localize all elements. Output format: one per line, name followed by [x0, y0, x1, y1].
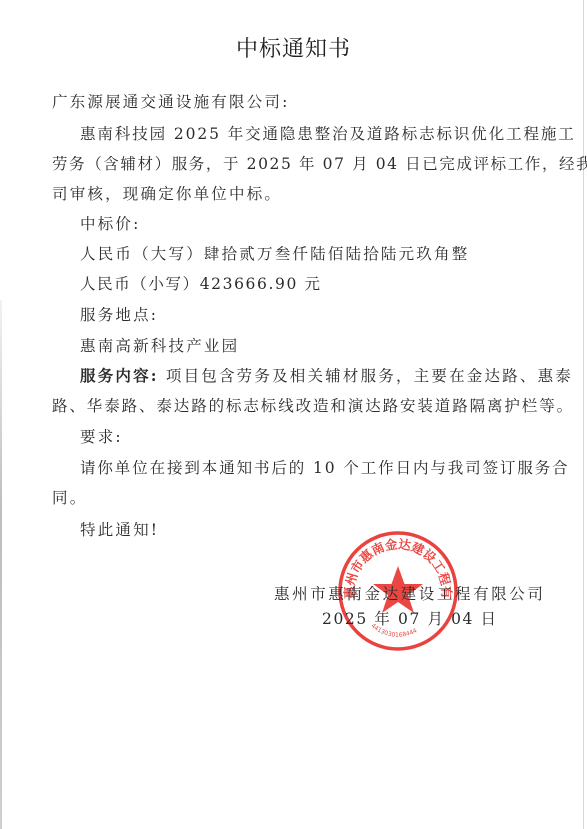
paragraph-line: 惠南科技园 2025 年交通隐患整治及道路标志标识优化工程施工 [80, 122, 576, 144]
signature-company: 惠州市惠南金达建设工程有限公司 [274, 582, 546, 604]
signature-date: 2025 年 07 月 04 日 [322, 607, 498, 629]
paragraph-line: 司审核，现确定你单位中标。 [52, 182, 282, 204]
location-value: 惠南高新科技产业园 [80, 334, 239, 356]
location-label: 服务地点: [80, 303, 158, 325]
scan-edge-left [0, 300, 2, 829]
recipient: 广东源展通交通设施有限公司: [52, 90, 290, 112]
price-upper: 人民币（大写）肆拾贰万叁仟陆佰陆拾陆元玖角整 [80, 242, 469, 264]
content-line: 服务内容: 项目包含劳务及相关辅材服务，主要在金达路、惠泰 [80, 364, 573, 386]
content-text: 项目包含劳务及相关辅材服务，主要在金达路、惠泰 [166, 367, 573, 385]
content-line-2: 路、华泰路、泰达路的标志标线改造和演达路安装道路隔离护栏等。 [52, 394, 574, 416]
requirement-line-2: 同。 [52, 486, 87, 508]
document-title: 中标通知书 [0, 32, 587, 63]
closing: 特此通知! [80, 518, 159, 540]
content-label: 服务内容: [80, 366, 159, 385]
requirement-line: 请你单位在接到本通知书后的 10 个工作日内与我司签订服务合 [80, 456, 570, 478]
scan-edge-right [583, 0, 584, 829]
price-lower: 人民币（小写）423666.90 元 [80, 272, 322, 294]
price-label: 中标价: [80, 212, 141, 234]
requirement-label: 要求: [80, 425, 123, 447]
document-page: 中标通知书 广东源展通交通设施有限公司: 惠南科技园 2025 年交通隐患整治及… [0, 0, 587, 829]
paragraph-line: 劳务（含辅材）服务，于 2025 年 07 月 04 日已完成评标工作，经我 [52, 152, 587, 174]
